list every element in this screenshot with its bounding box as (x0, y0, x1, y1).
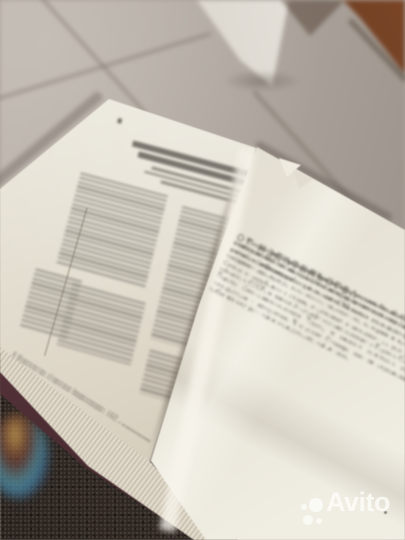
avito-logo-circle (316, 518, 322, 524)
avito-wordmark: Avito (326, 487, 390, 518)
avito-watermark: Avito (296, 494, 405, 538)
book-photo: © Издательство «Советская Энциклопедия»,… (0, 0, 405, 540)
toc-column (57, 283, 146, 365)
avito-logo-circle (301, 504, 307, 510)
avito-logo-circle (303, 515, 314, 526)
open-book: © Издательство «Советская Энциклопедия»,… (0, 0, 405, 540)
page-number-mark (117, 118, 122, 123)
avito-logo-circle (309, 498, 322, 511)
toc-column (56, 172, 168, 289)
